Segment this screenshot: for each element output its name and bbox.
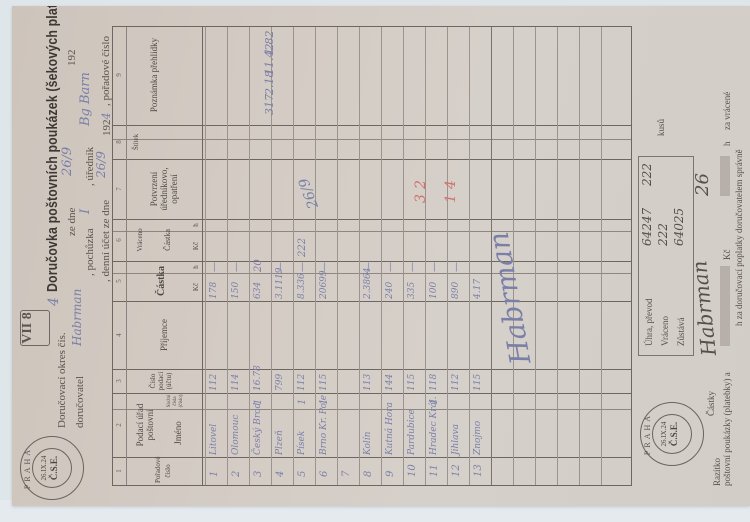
date-year-prefix: 192 xyxy=(66,50,78,67)
cell-no: 5 xyxy=(297,471,308,477)
clerk-value: Bg Barn xyxy=(78,72,93,126)
cell-amount: 335 xyxy=(407,282,417,299)
daily-account-value: 26/9 xyxy=(94,151,108,178)
cell-sub: 1 xyxy=(429,399,440,405)
cell-amount: 8.336 xyxy=(297,273,307,299)
row-divider xyxy=(337,27,338,485)
col-label-office-num: Složní čísla (číslo) xyxy=(167,393,185,409)
cell-h: — xyxy=(429,262,440,272)
col-label-amount-kc: Kč xyxy=(191,273,201,301)
row-divider xyxy=(447,27,448,485)
cell-account: 113 xyxy=(363,374,373,391)
cell-no: 4 xyxy=(275,471,286,477)
date-label: ze dne xyxy=(66,208,78,236)
cell-office: Litovel xyxy=(209,424,219,455)
form-title: Doručovka poštovních poukázek (šekových … xyxy=(44,6,61,292)
row-divider xyxy=(381,27,382,485)
col-label-office: Podací úřad poštovní xyxy=(135,393,155,457)
col-num-2: 2 xyxy=(115,393,123,457)
returned-value: 222 xyxy=(656,223,670,246)
postmark-date: 26.IX.24 xyxy=(39,449,49,487)
cell-account: 112 xyxy=(209,374,219,391)
row-divider xyxy=(293,27,294,485)
col-num-8: 8 xyxy=(115,125,123,159)
total-value: 64247 xyxy=(640,208,654,246)
redacted-bar-2 xyxy=(720,156,730,196)
col-label-amount: Částka xyxy=(157,261,167,301)
cell-h: — xyxy=(297,262,308,272)
row-divider xyxy=(535,27,536,485)
cell-amount: 178 xyxy=(209,282,219,299)
delivery-form: PRAHA 26.IX.24 Č.S.E. Doručovací okres č… xyxy=(12,6,750,506)
col-num-4: 4 xyxy=(115,301,123,369)
row-divider xyxy=(227,27,228,485)
postmark-office: Č.S.E. xyxy=(669,415,679,453)
date-value: 26/9 xyxy=(60,147,75,176)
carrier-label: doručovatel xyxy=(74,376,86,428)
col-label-amount-h: h xyxy=(191,261,201,273)
row-divider xyxy=(469,27,470,485)
cell-office: Jihlava xyxy=(451,424,461,455)
cell-no: 11 xyxy=(429,464,440,477)
cell-returned: 222 xyxy=(297,238,308,257)
for-returned-label: za vrácené xyxy=(722,92,732,130)
cell-office: Znojmo xyxy=(473,421,483,455)
row-divider xyxy=(359,27,360,485)
cell-amount: 890 xyxy=(451,282,461,299)
col-label-remarks: Poznámka přehlídky xyxy=(149,25,159,125)
row-divider xyxy=(601,27,602,485)
total-value-h: 222 xyxy=(640,163,654,186)
row-divider xyxy=(403,27,404,485)
cell-amount: 20699 xyxy=(319,270,329,299)
remaining-label: Zůstává xyxy=(676,318,686,347)
cell-no: 1 xyxy=(209,471,220,477)
row-divider xyxy=(249,27,250,485)
cell-office: Kutná Hora xyxy=(385,402,395,455)
cell-h: — xyxy=(275,262,286,272)
cell-office: Písek xyxy=(297,431,307,455)
cell-account: 112 xyxy=(451,374,461,391)
cell-h: — xyxy=(385,262,396,272)
col-num-1: 1 xyxy=(115,457,123,485)
cell-no: 7 xyxy=(341,471,352,477)
cell-office: Hradec Král. xyxy=(429,396,439,455)
remaining-value: 64025 xyxy=(672,208,686,246)
batch-value: I xyxy=(78,209,93,214)
batch-label: , pochůzka xyxy=(84,228,96,276)
cell-sub: 1 xyxy=(253,399,264,405)
red-mark-1: 3 xyxy=(413,194,429,203)
col-label-recipient: Příjemce xyxy=(159,301,169,369)
cell-no: 3 xyxy=(253,471,264,477)
cell-account: 115 xyxy=(407,374,417,391)
row-divider xyxy=(425,27,426,485)
cell-no: 8 xyxy=(363,471,374,477)
h-label: h xyxy=(722,142,732,147)
remark-4: 1.82 xyxy=(263,31,276,56)
cell-account: 16.78 xyxy=(253,365,263,391)
district-value: 4 xyxy=(46,297,62,306)
postmark-city: PRAHA xyxy=(643,403,652,465)
cell-amount: 240 xyxy=(385,282,395,299)
cell-amount: 2.3864 xyxy=(363,268,373,300)
currency-label: Kč xyxy=(722,250,732,261)
cell-amount: 100 xyxy=(429,282,439,299)
col-num-3: 3 xyxy=(115,369,123,393)
cell-no: 12 xyxy=(451,464,462,477)
district-label: Doručovací okres čís. xyxy=(56,332,68,428)
col-label-account: Číslo podací (účtu) xyxy=(149,369,173,393)
row-divider xyxy=(205,27,206,485)
remark-1: 317 xyxy=(263,94,276,115)
cell-no: 6 xyxy=(319,471,330,477)
cell-account: 799 xyxy=(275,374,285,391)
cell-account: 112 xyxy=(297,374,307,391)
cell-account: 115 xyxy=(319,374,329,391)
cell-h: 20 xyxy=(253,259,264,272)
col-num-7: 7 xyxy=(115,159,123,219)
cell-office: Pardubice xyxy=(407,409,417,455)
cell-amount: 150 xyxy=(231,282,241,299)
fee-line: h za doručovací poplatky doručovatelem s… xyxy=(734,149,744,326)
col-label-office-name: Jméno xyxy=(173,409,183,457)
cell-no: 9 xyxy=(385,471,396,477)
col-num-6: 6 xyxy=(115,219,123,261)
cell-h: — xyxy=(407,262,418,272)
cell-account: 118 xyxy=(429,374,439,391)
cell-account: 144 xyxy=(385,374,395,391)
redacted-bar xyxy=(720,266,730,346)
form-footer: PRAHA 26.IX.24 Č.S.E. Razítko Úhra, přev… xyxy=(632,26,742,486)
cell-office: Kolín xyxy=(363,432,373,455)
entries-table: 1 2 3 4 5 6 7 8 9 Pořadové číslo Podací … xyxy=(112,26,632,486)
col-num-9: 9 xyxy=(115,25,123,125)
cell-no: 2 xyxy=(231,471,242,477)
postmark-stamp-top: PRAHA 26.IX.24 Č.S.E. xyxy=(20,436,84,500)
cell-amount: 634 xyxy=(253,282,263,299)
postal-orders-label: poštovní poukázky (platebky) a xyxy=(722,372,732,486)
total-label: Úhra, převod xyxy=(644,299,654,346)
cell-h: — xyxy=(363,262,374,272)
cell-no: 10 xyxy=(407,464,418,477)
row-divider xyxy=(315,27,316,485)
cell-sub: 1 xyxy=(319,399,330,405)
cell-office: Český Brod xyxy=(253,403,263,455)
col-label-returned: Vráceno xyxy=(135,219,145,261)
col-label-returned-amount: Částka xyxy=(163,219,173,261)
cell-no: 13 xyxy=(473,464,484,477)
cell-amount: 4.17 xyxy=(473,279,483,299)
cell-sub: 1 xyxy=(297,399,308,405)
cell-amount: 3.1119 xyxy=(275,268,285,300)
pieces-label: kusů xyxy=(656,119,666,136)
red-mark-4: 4 xyxy=(443,180,459,189)
document-paper: PRAHA 26.IX.24 Č.S.E. Doručovací okres č… xyxy=(12,6,750,506)
row-divider xyxy=(557,27,558,485)
postmark-stamp-bottom: PRAHA 26.IX.24 Č.S.E. xyxy=(640,402,704,466)
amounts-label: Částky xyxy=(706,391,716,416)
cell-h: — xyxy=(209,262,220,272)
cell-h: — xyxy=(319,262,330,272)
col-label-confirmation: Potvrzení úředníkovo, opatření xyxy=(149,159,179,219)
postmark-office: Č.S.E. xyxy=(49,449,59,487)
red-mark-3: 1 xyxy=(443,194,459,203)
carrier-value: Habrman xyxy=(70,289,84,346)
col-label-returned-kc: Kč xyxy=(191,231,201,261)
col-num-5: 5 xyxy=(115,261,123,301)
row-divider xyxy=(579,27,580,485)
cell-account: 114 xyxy=(231,374,241,391)
col-label-returned-h: h xyxy=(191,219,201,231)
sequence-label: , pořadové číslo xyxy=(100,36,112,106)
postmark-city: PRAHA xyxy=(23,437,32,499)
cell-h: — xyxy=(231,262,242,272)
cell-account: 115 xyxy=(473,374,483,391)
red-mark-2: 2 xyxy=(413,180,429,189)
col-label-sequence: Pořadové číslo xyxy=(153,459,173,483)
col-label-tag: Štítek xyxy=(131,125,141,159)
district-box-stamp: VII 8 xyxy=(20,310,50,346)
daily-account-label: , denní účet ze dne xyxy=(100,200,112,282)
returned-label: Vráceno xyxy=(660,316,670,346)
cell-h: — xyxy=(451,262,462,272)
postmark-date: 26.IX.24 xyxy=(659,415,669,453)
stamp-label: Razítko xyxy=(712,458,722,486)
pieces-value: 26 xyxy=(692,173,713,196)
cell-office: Plzeň xyxy=(275,430,285,455)
cell-office: Olomouc xyxy=(231,415,241,455)
